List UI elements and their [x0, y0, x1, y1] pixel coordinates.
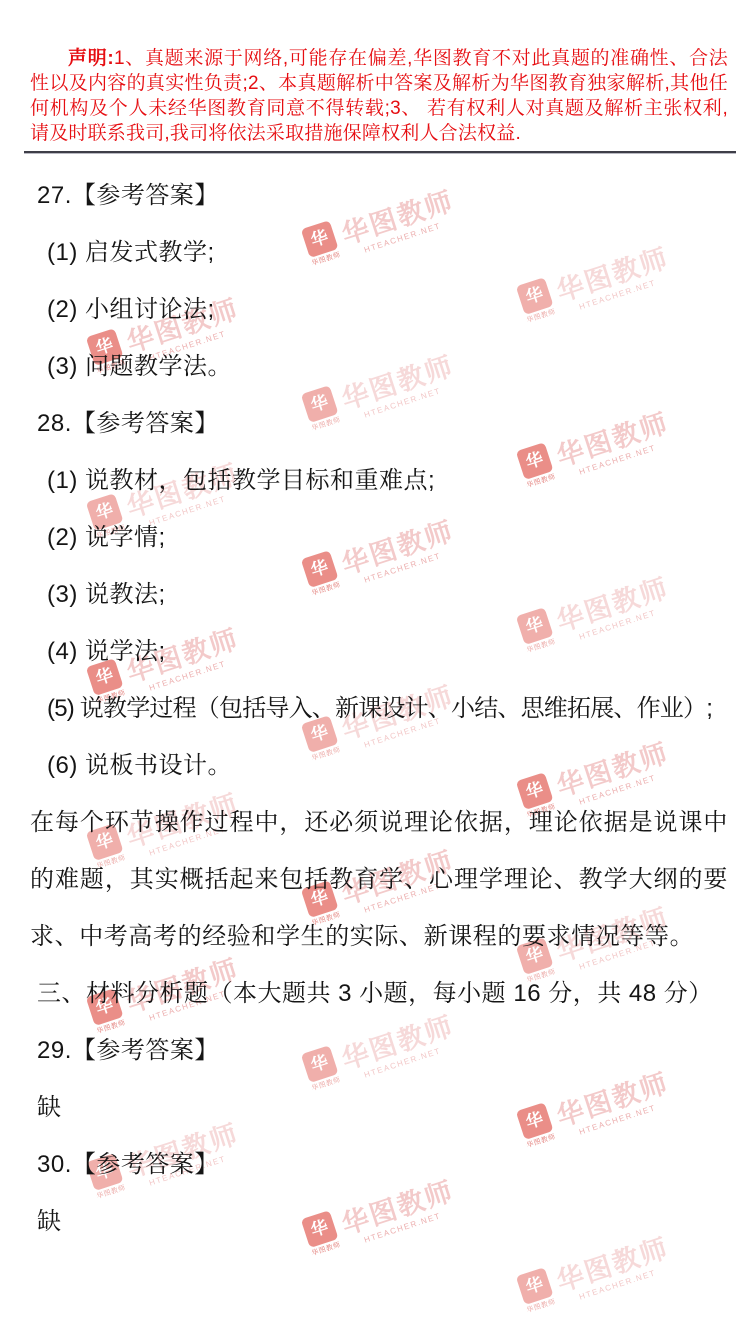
answer-29-body: 缺: [30, 1079, 728, 1136]
closing-paragraph: 在每个环节操作过程中，还必须说理论依据，理论依据是说课中的难题，其实概括起来包括…: [30, 794, 728, 965]
answer-30-body: 缺: [30, 1193, 728, 1250]
huatu-logo-icon: 华: [516, 1267, 554, 1305]
answer-28-item-3: (3) 说教法;: [30, 566, 728, 623]
disclaimer-body: 1、真题来源于网络,可能存在偏差,华图教育不对此真题的准确性、合法性以及内容的真…: [30, 48, 728, 144]
disclaimer-text: 声明:1、真题来源于网络,可能存在偏差,华图教育不对此真题的准确性、合法性以及内…: [30, 46, 728, 146]
huatu-site-text: HTEACHER.NET: [578, 1262, 676, 1301]
answer-28-item-4: (4) 说学法;: [30, 623, 728, 680]
answer-document-page: 华华图教师华图教师HTEACHER.NET华华图教师华图教师HTEACHER.N…: [0, 0, 748, 1335]
answer-header-28: 28.【参考答案】: [30, 395, 728, 452]
answer-header-29: 29.【参考答案】: [30, 1022, 728, 1079]
huatu-logo-wrap: 华华图教师: [516, 1267, 557, 1315]
answer-header-27: 27.【参考答案】: [30, 167, 728, 224]
section-3-heading: 三、材料分析题（本大题共 3 小题，每小题 16 分，共 48 分）: [30, 965, 728, 1022]
answer-header-30: 30.【参考答案】: [30, 1136, 728, 1193]
huatu-logo-subtext: 华图教师: [525, 1297, 557, 1316]
answer-27-item-2: (2) 小组讨论法;: [30, 281, 728, 338]
answers-body: 27.【参考答案】 (1) 启发式教学; (2) 小组讨论法; (3) 问题教学…: [30, 167, 728, 1250]
answer-28-item-2: (2) 说学情;: [30, 509, 728, 566]
document-content: 声明:1、真题来源于网络,可能存在偏差,华图教育不对此真题的准确性、合法性以及内…: [0, 0, 748, 1250]
answer-27-item-3: (3) 问题教学法。: [30, 338, 728, 395]
answer-28-item-5: (5) 说教学过程（包括导入、新课设计、小结、思维拓展、作业）;: [30, 680, 728, 737]
answer-28-item-1: (1) 说教材，包括教学目标和重难点;: [30, 452, 728, 509]
answer-27-item-1: (1) 启发式教学;: [30, 224, 728, 281]
disclaimer-prefix: 声明:: [68, 48, 114, 69]
divider-rule: [24, 151, 736, 154]
answer-28-item-6: (6) 说板书设计。: [30, 737, 728, 794]
